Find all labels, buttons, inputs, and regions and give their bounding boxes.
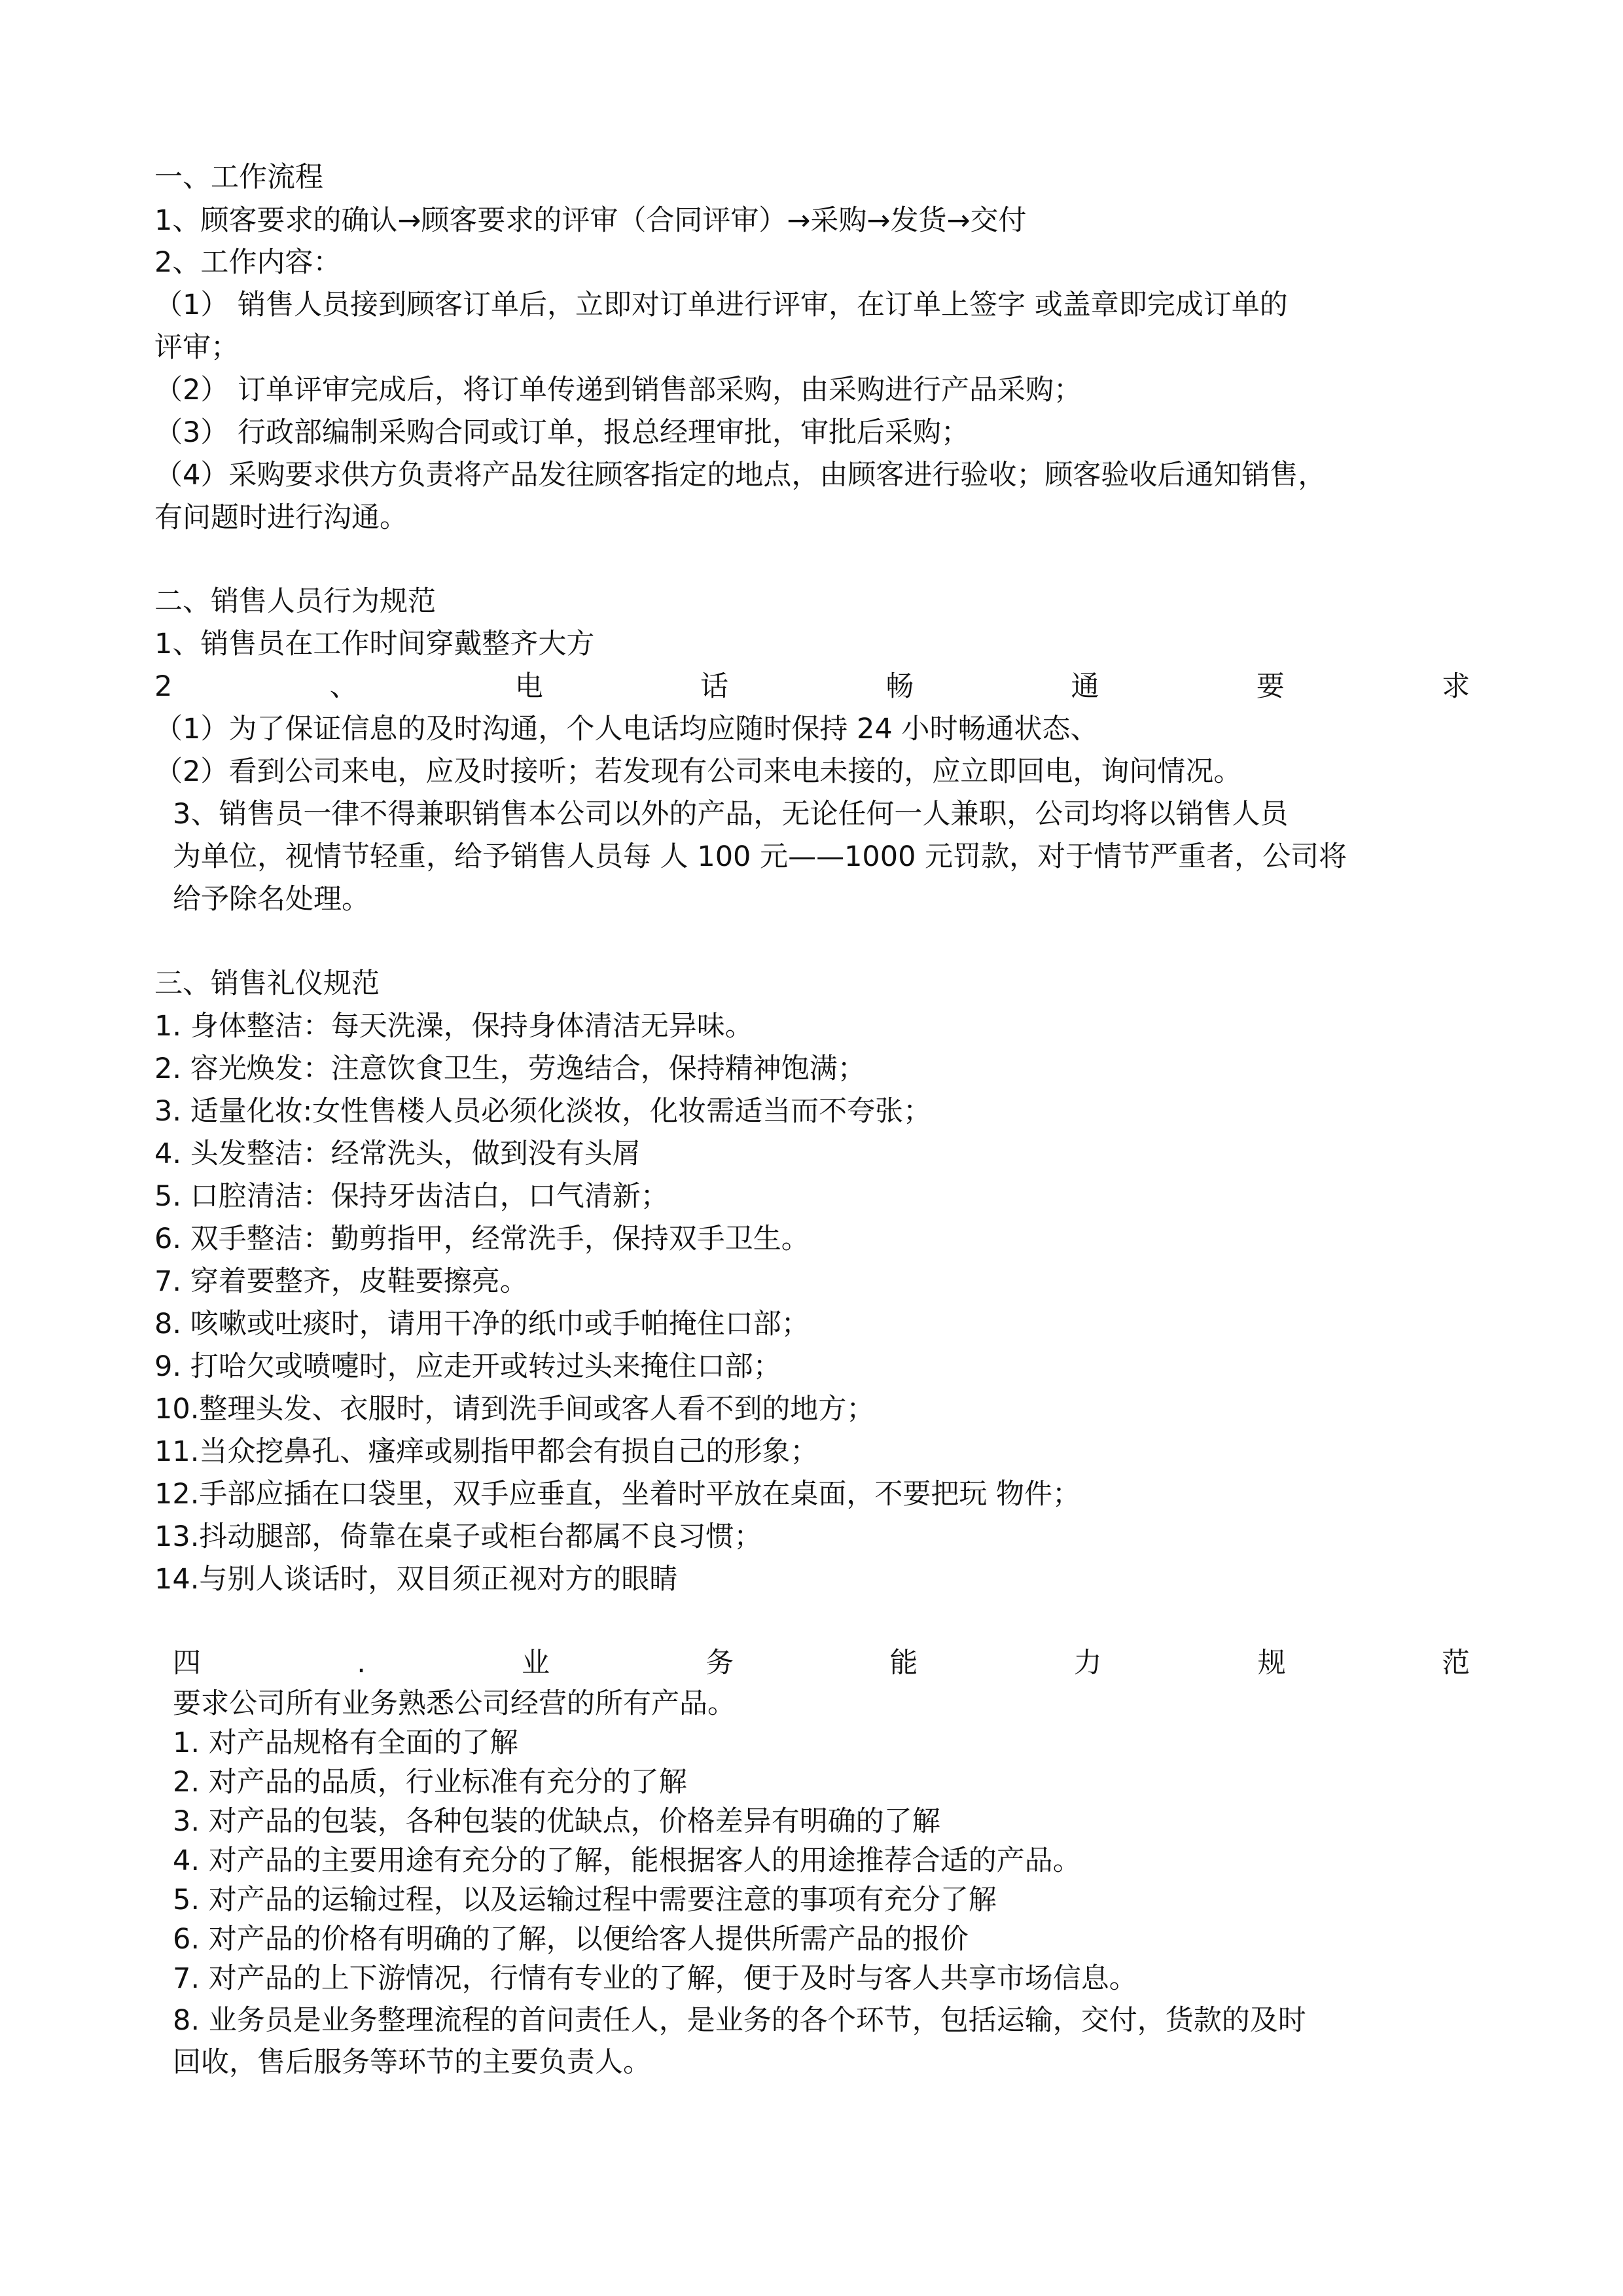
etiquette-item: 3. 适量化妆:女性售楼人员必须化淡妆，化妆需适当而不夸张； — [154, 1091, 1470, 1132]
ability-intro: 要求公司所有业务熟悉公司经营的所有产品。 — [173, 1683, 1470, 1724]
ability-item-8-line-1: 8. 业务员是业务整理流程的首问责任人，是业务的各个环节，包括运输，交付，货款的… — [173, 2000, 1470, 2041]
conduct-item-1: 1、销售员在工作时间穿戴整齐大方 — [154, 624, 1470, 664]
ability-item-8-line-2: 回收，售后服务等环节的主要负责人。 — [173, 2042, 1470, 2083]
section-4-title: 四 . 业 务 能 力 规 范 — [173, 1643, 1470, 1683]
ability-item: 2. 对产品的品质，行业标准有充分的了解 — [173, 1762, 1470, 1803]
section-1-title: 一、工作流程 — [154, 157, 1470, 198]
work-item-4-line-1: （4）采购要求供方负责将产品发往顾客指定的地点，由顾客进行验收；顾客验收后通知销… — [154, 455, 1470, 495]
text-fragment: 务 — [705, 1643, 734, 1683]
text-fragment: 范 — [1442, 1643, 1470, 1683]
text-fragment: 要 — [1257, 666, 1285, 707]
etiquette-item: 7. 穿着要整齐，皮鞋要擦亮。 — [154, 1261, 1470, 1302]
etiquette-item: 6. 双手整洁：勤剪指甲，经常洗手，保持双手卫生。 — [154, 1219, 1470, 1259]
work-item-4-line-2: 有问题时进行沟通。 — [154, 497, 1470, 538]
phone-item-2: （2）看到公司来电，应及时接听；若发现有公司来电未接的，应立即回电，询问情况。 — [154, 751, 1470, 792]
work-item-1-line-2: 评审； — [154, 327, 1470, 368]
ability-item: 1. 对产品规格有全面的了解 — [173, 1723, 1470, 1763]
etiquette-item: 11.当众挖鼻孔、瘙痒或剔指甲都会有损自己的形象； — [154, 1431, 1470, 1472]
ability-item: 6. 对产品的价格有明确的了解，以便给客人提供所需产品的报价 — [173, 1919, 1470, 1960]
etiquette-item: 14.与别人谈话时，双目须正视对方的眼睛 — [154, 1559, 1470, 1600]
etiquette-item: 10.整理头发、衣服时，请到洗手间或客人看不到的地方； — [154, 1389, 1470, 1429]
text-fragment: 四 — [173, 1643, 201, 1683]
etiquette-item: 2. 容光焕发：注意饮食卫生，劳逸结合，保持精神饱满； — [154, 1049, 1470, 1089]
etiquette-item: 9. 打哈欠或喷嚏时，应走开或转过头来掩住口部； — [154, 1346, 1470, 1387]
workflow-line: 1、顾客要求的确认→顾客要求的评审（合同评审）→采购→发货→交付 — [154, 200, 1470, 241]
etiquette-item: 13.抖动腿部，倚靠在桌子或柜台都属不良习惯； — [154, 1516, 1470, 1557]
ability-item: 3. 对产品的包装，各种包装的优缺点，价格差异有明确的了解 — [173, 1801, 1470, 1842]
phone-item-1: （1）为了保证信息的及时沟通，个人电话均应随时保持 24 小时畅通状态、 — [154, 709, 1470, 749]
etiquette-item: 8. 咳嗽或吐痰时，请用干净的纸巾或手帕掩住口部； — [154, 1304, 1470, 1344]
text-fragment: 求 — [1442, 666, 1470, 707]
text-fragment: 2 — [154, 666, 172, 707]
section-3-title: 三、销售礼仪规范 — [154, 963, 1470, 1004]
etiquette-item: 1. 身体整洁：每天洗澡，保持身体清洁无异味。 — [154, 1006, 1470, 1047]
text-fragment: . — [357, 1643, 366, 1683]
ability-item: 4. 对产品的主要用途有充分的了解，能根据客人的用途推荐合适的产品。 — [173, 1840, 1470, 1881]
etiquette-item: 5. 口腔清洁：保持牙齿洁白，口气清新； — [154, 1176, 1470, 1217]
conduct-item-2-heading: 2 、 电 话 畅 通 要 求 — [154, 666, 1470, 707]
text-fragment: 能 — [889, 1643, 918, 1683]
text-fragment: 电 — [515, 666, 543, 707]
work-content-label: 2、工作内容： — [154, 242, 1470, 283]
text-fragment: 规 — [1258, 1643, 1286, 1683]
work-item-3: （3） 行政部编制采购合同或订单，报总经理审批，审批后采购； — [154, 412, 1470, 453]
work-item-1-line-1: （1） 销售人员接到顾客订单后，立即对订单进行评审，在订单上签字 或盖章即完成订… — [154, 285, 1470, 325]
conduct-item-3-line-2: 为单位，视情节轻重，给予销售人员每 人 100 元——1000 元罚款，对于情节… — [173, 836, 1470, 877]
work-item-2: （2） 订单评审完成后，将订单传递到销售部采购，由采购进行产品采购； — [154, 370, 1470, 410]
text-fragment: 业 — [522, 1643, 550, 1683]
ability-item: 7. 对产品的上下游情况，行情有专业的了解，便于及时与客人共享市场信息。 — [173, 1958, 1470, 1999]
etiquette-item: 12.手部应插在口袋里，双手应垂直，坐着时平放在桌面，不要把玩 物件； — [154, 1474, 1470, 1515]
ability-item: 5. 对产品的运输过程，以及运输过程中需要注意的事项有充分了解 — [173, 1880, 1470, 1920]
conduct-item-3-line-3: 给予除名处理。 — [173, 879, 1470, 920]
text-fragment: 通 — [1071, 666, 1099, 707]
text-fragment: 话 — [700, 666, 728, 707]
text-fragment: 畅 — [885, 666, 914, 707]
text-fragment: 、 — [330, 666, 358, 707]
document-page: 一、工作流程 1、顾客要求的确认→顾客要求的评审（合同评审）→采购→发货→交付 … — [0, 0, 1623, 2296]
etiquette-item: 4. 头发整洁：经常洗头，做到没有头屑 — [154, 1134, 1470, 1174]
text-fragment: 力 — [1074, 1643, 1102, 1683]
section-2-title: 二、销售人员行为规范 — [154, 581, 1470, 622]
conduct-item-3-line-1: 3、销售员一律不得兼职销售本公司以外的产品，无论任何一人兼职，公司均将以销售人员 — [173, 794, 1470, 834]
